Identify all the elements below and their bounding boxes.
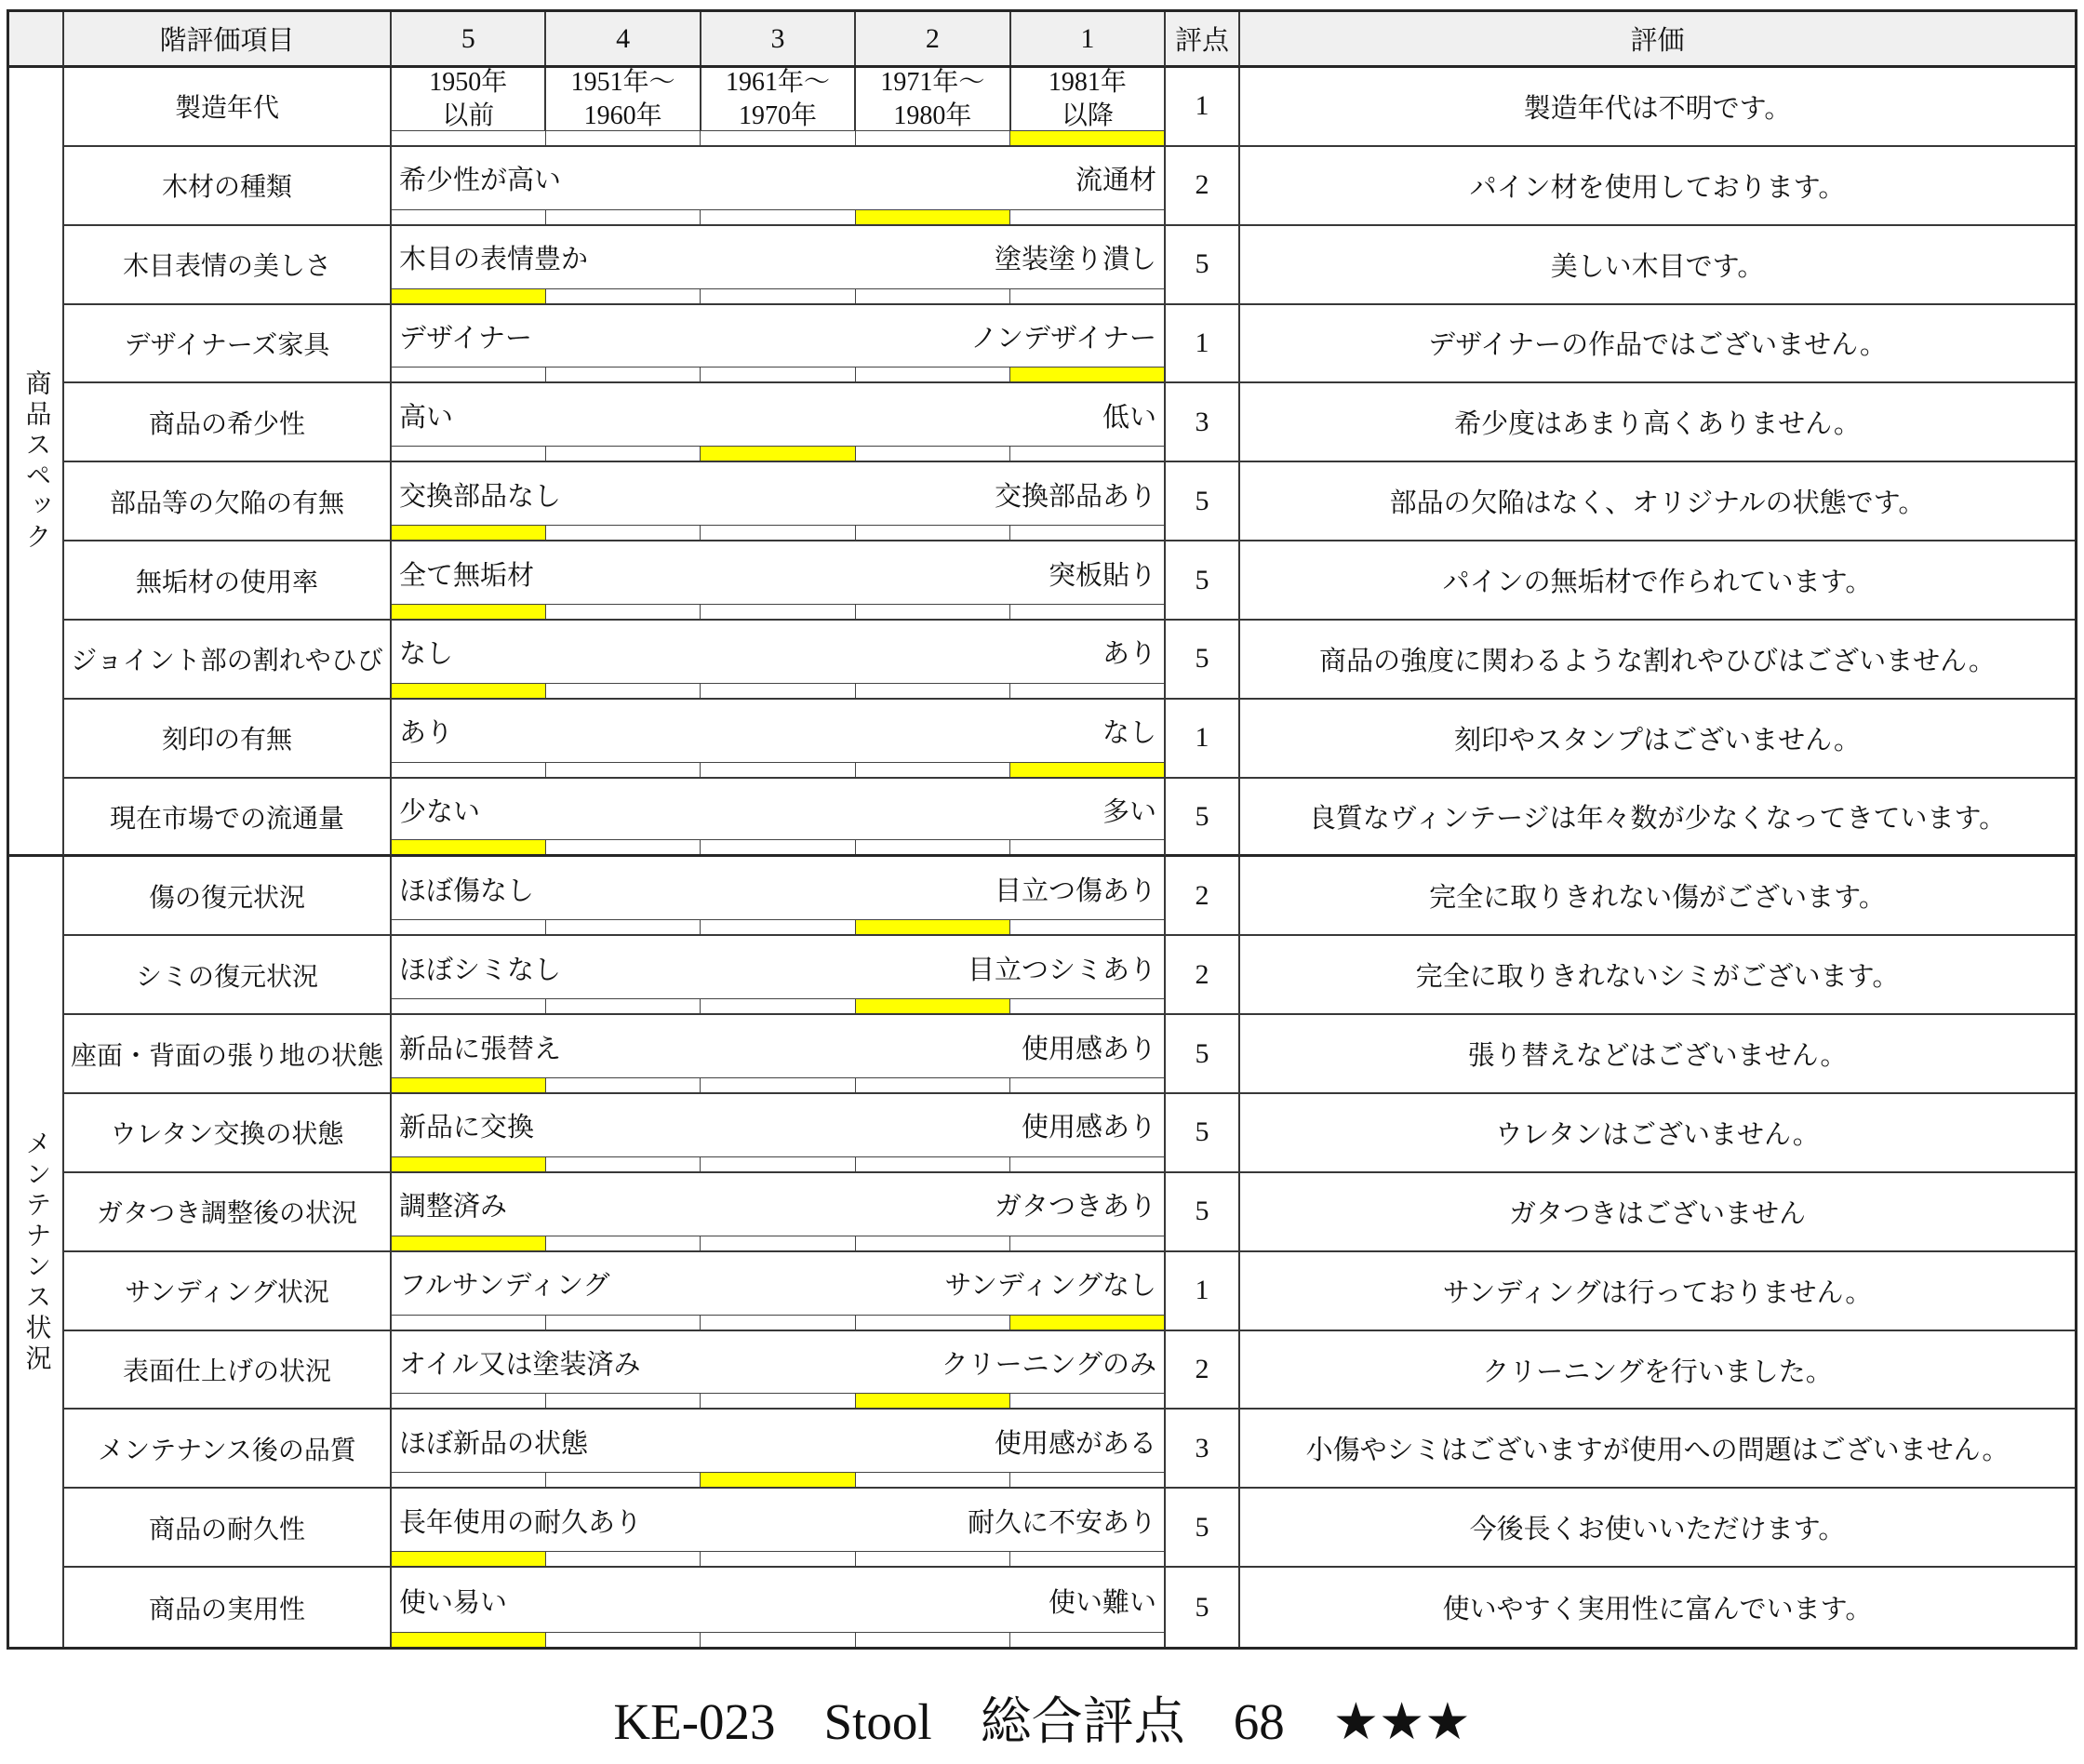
score-segment-3 (701, 840, 855, 854)
score-indicator-strip (392, 1077, 1164, 1092)
score-indicator-strip (392, 1551, 1164, 1566)
score-segment-2 (856, 920, 1010, 934)
scale-labels: なし あり (392, 621, 1164, 684)
score-segment-3 (701, 367, 855, 381)
score-segment-3 (701, 999, 855, 1013)
score-segment-4 (546, 1078, 701, 1092)
row-comment: パインの無垢材で作られています。 (1240, 541, 2075, 621)
score-segment-4 (546, 131, 701, 145)
row-score: 5 (1166, 541, 1240, 621)
row-scale: 新品に交換 使用感あり (392, 1094, 1166, 1173)
score-segment-3 (701, 526, 855, 540)
row-score: 2 (1166, 857, 1240, 936)
row-item-label: 木材の種類 (64, 147, 392, 226)
score-segment-2 (856, 1157, 1010, 1171)
row-score: 5 (1166, 1568, 1240, 1647)
year-cell: 1981年 以降 (1011, 68, 1164, 131)
score-segment-3 (701, 605, 855, 619)
scale-labels: ほぼ傷なし 目立つ傷あり (392, 857, 1164, 920)
score-segment-3 (701, 447, 855, 461)
evaluation-table: 階評価項目 5 4 3 2 1 評点 評価 商品スペック 製造年代 1950年 … (7, 9, 2077, 1650)
row-score: 1 (1166, 68, 1240, 147)
score-segment-4 (546, 210, 701, 224)
scale-right-label: 使用感がある (995, 1423, 1156, 1461)
score-segment-1 (1010, 367, 1164, 381)
score-segment-5 (392, 999, 546, 1013)
scale-left-label: 使い易い (399, 1582, 507, 1620)
score-indicator-strip (392, 1315, 1164, 1330)
score-segment-1 (1010, 605, 1164, 619)
score-segment-5 (392, 1078, 546, 1092)
row-score: 5 (1166, 621, 1240, 700)
header-scale-2: 2 (856, 12, 1010, 65)
score-segment-2 (856, 210, 1010, 224)
row-score: 5 (1166, 1094, 1240, 1173)
scale-labels: オイル又は塗装済み クリーニングのみ (392, 1331, 1164, 1395)
score-segment-1 (1010, 526, 1164, 540)
score-segment-5 (392, 526, 546, 540)
scale-right-label: 交換部品あり (995, 475, 1156, 514)
row-score: 1 (1166, 305, 1240, 384)
scale-labels: 交換部品なし 交換部品あり (392, 462, 1164, 526)
row-scale: ほぼシミなし 目立つシミあり (392, 936, 1166, 1015)
row-scale: 少ない 多い (392, 779, 1166, 858)
score-segment-3 (701, 210, 855, 224)
row-item-label: 商品の希少性 (64, 383, 392, 462)
row-item-label: 表面仕上げの状況 (64, 1331, 392, 1410)
scale-labels: 新品に張替え 使用感あり (392, 1015, 1164, 1078)
row-item-label: 座面・背面の張り地の状態 (64, 1015, 392, 1094)
score-segment-2 (856, 526, 1010, 540)
score-segment-2 (856, 763, 1010, 777)
group-label-text: 商品スペック (23, 369, 49, 554)
header-corner-cell (9, 12, 64, 68)
score-segment-3 (701, 684, 855, 698)
row-item-label: メンテナンス後の品質 (64, 1410, 392, 1489)
group-label-1: メンテナンス状況 (9, 857, 64, 1647)
score-segment-2 (856, 447, 1010, 461)
score-segment-2 (856, 1316, 1010, 1330)
score-indicator-strip (392, 367, 1164, 381)
scale-right-label: あり (1102, 633, 1156, 671)
row-comment: 使いやすく実用性に富んでいます。 (1240, 1568, 2075, 1647)
score-segment-5 (392, 1394, 546, 1408)
row-item-label: ガタつき調整後の状況 (64, 1173, 392, 1252)
scale-left-label: 新品に交換 (399, 1106, 534, 1144)
total-score-value: 68 (1234, 1693, 1285, 1750)
header-item-column: 階評価項目 (64, 12, 392, 68)
header-scale-4: 4 (546, 12, 701, 65)
score-indicator-strip (392, 839, 1164, 854)
score-segment-1 (1010, 840, 1164, 854)
score-segment-2 (856, 605, 1010, 619)
score-segment-3 (701, 1236, 855, 1250)
score-segment-5 (392, 840, 546, 854)
score-segment-1 (1010, 447, 1164, 461)
total-score-label: 総合評点 (981, 1693, 1185, 1750)
score-segment-2 (856, 840, 1010, 854)
row-scale: 高い 低い (392, 383, 1166, 462)
score-segment-4 (546, 447, 701, 461)
score-segment-1 (1010, 1157, 1164, 1171)
score-segment-5 (392, 920, 546, 934)
score-segment-3 (701, 1633, 855, 1647)
scale-left-label: 希少性が高い (399, 159, 561, 197)
scale-year-cells: 1950年 以前 1951年〜 1960年 1961年〜 1970年 1971年… (392, 68, 1164, 131)
header-scale-5: 5 (392, 12, 546, 65)
row-comment: 今後長くお使いいただけます。 (1240, 1489, 2075, 1568)
row-item-label: 製造年代 (64, 68, 392, 147)
row-item-label: 無垢材の使用率 (64, 541, 392, 621)
score-segment-1 (1010, 763, 1164, 777)
score-indicator-strip (392, 919, 1164, 934)
row-scale: 木目の表情豊か 塗装塗り潰し (392, 226, 1166, 305)
product-id: KE-023 (613, 1693, 775, 1750)
row-item-label: 傷の復元状況 (64, 857, 392, 936)
row-scale: ほぼ傷なし 目立つ傷あり (392, 857, 1166, 936)
score-segment-4 (546, 840, 701, 854)
scale-left-label: 長年使用の耐久あり (399, 1502, 642, 1540)
scale-left-label: 新品に張替え (399, 1028, 561, 1066)
row-scale: あり なし (392, 700, 1166, 779)
score-segment-2 (856, 684, 1010, 698)
row-scale: 使い易い 使い難い (392, 1568, 1166, 1647)
year-cell: 1971年〜 1980年 (856, 68, 1010, 131)
row-comment: パイン材を使用しております。 (1240, 147, 2075, 226)
row-comment: 完全に取りきれないシミがございます。 (1240, 936, 2075, 1015)
score-segment-2 (856, 1552, 1010, 1566)
score-segment-4 (546, 605, 701, 619)
score-segment-5 (392, 1236, 546, 1250)
row-score: 5 (1166, 1015, 1240, 1094)
row-comment: 刻印やスタンプはございません。 (1240, 700, 2075, 779)
year-cell: 1961年〜 1970年 (701, 68, 856, 131)
score-segment-5 (392, 1633, 546, 1647)
row-item-label: 現在市場での流通量 (64, 779, 392, 858)
score-segment-4 (546, 1157, 701, 1171)
row-comment: 部品の欠陥はなく、オリジナルの状態です。 (1240, 462, 2075, 541)
score-segment-2 (856, 1473, 1010, 1487)
row-comment: 商品の強度に関わるような割れやひびはございません。 (1240, 621, 2075, 700)
score-segment-5 (392, 605, 546, 619)
score-segment-2 (856, 1236, 1010, 1250)
score-indicator-strip (392, 446, 1164, 461)
score-segment-4 (546, 684, 701, 698)
score-segment-5 (392, 763, 546, 777)
group-label-0: 商品スペック (9, 68, 64, 857)
score-segment-5 (392, 684, 546, 698)
header-eval-column: 評価 (1240, 12, 2075, 68)
row-score: 2 (1166, 1331, 1240, 1410)
scale-left-label: ほぼシミなし (399, 949, 561, 987)
score-segment-1 (1010, 289, 1164, 303)
score-segment-2 (856, 1633, 1010, 1647)
row-scale: 希少性が高い 流通材 (392, 147, 1166, 226)
score-segment-5 (392, 131, 546, 145)
score-segment-4 (546, 999, 701, 1013)
scale-labels: 新品に交換 使用感あり (392, 1094, 1164, 1157)
header-scale-columns: 5 4 3 2 1 (392, 12, 1166, 68)
row-score: 3 (1166, 1410, 1240, 1489)
product-name: Stool (824, 1693, 932, 1750)
scale-left-label: ほぼ新品の状態 (399, 1423, 588, 1461)
row-scale: なし あり (392, 621, 1166, 700)
scale-right-label: 多い (1102, 791, 1156, 829)
scale-right-label: 目立つシミあり (968, 949, 1156, 987)
row-item-label: 商品の実用性 (64, 1568, 392, 1647)
score-segment-1 (1010, 1552, 1164, 1566)
row-scale: デザイナー ノンデザイナー (392, 305, 1166, 384)
row-item-label: シミの復元状況 (64, 936, 392, 1015)
scale-right-label: 使い難い (1049, 1582, 1156, 1620)
score-segment-3 (701, 1473, 855, 1487)
scale-right-label: 塗装塗り潰し (995, 238, 1156, 276)
year-cell: 1950年 以前 (392, 68, 546, 131)
scale-labels: 長年使用の耐久あり 耐久に不安あり (392, 1489, 1164, 1552)
score-segment-1 (1010, 1078, 1164, 1092)
score-segment-3 (701, 920, 855, 934)
scale-labels: 全て無垢材 突板貼り (392, 541, 1164, 605)
score-segment-2 (856, 999, 1010, 1013)
row-scale: 長年使用の耐久あり 耐久に不安あり (392, 1489, 1166, 1568)
scale-left-label: 全て無垢材 (399, 555, 534, 593)
score-segment-4 (546, 1552, 701, 1566)
row-scale: 新品に張替え 使用感あり (392, 1015, 1166, 1094)
score-segment-1 (1010, 1473, 1164, 1487)
score-segment-4 (546, 1633, 701, 1647)
score-indicator-strip (392, 1472, 1164, 1487)
row-score: 3 (1166, 383, 1240, 462)
row-comment: 張り替えなどはございません。 (1240, 1015, 2075, 1094)
row-comment: 製造年代は不明です。 (1240, 68, 2075, 147)
score-segment-1 (1010, 999, 1164, 1013)
scale-labels: あり なし (392, 700, 1164, 763)
row-item-label: デザイナーズ家具 (64, 305, 392, 384)
score-segment-3 (701, 1078, 855, 1092)
row-item-label: 商品の耐久性 (64, 1489, 392, 1568)
scale-right-label: 目立つ傷あり (995, 870, 1156, 908)
row-score: 5 (1166, 1173, 1240, 1252)
score-indicator-strip (392, 604, 1164, 619)
scale-left-label: 木目の表情豊か (399, 238, 588, 276)
scale-right-label: クリーニングのみ (942, 1343, 1156, 1382)
row-comment: デザイナーの作品ではございません。 (1240, 305, 2075, 384)
scale-left-label: 少ない (399, 791, 480, 829)
score-segment-4 (546, 1236, 701, 1250)
scale-right-label: サンディングなし (944, 1264, 1156, 1303)
score-segment-4 (546, 920, 701, 934)
scale-left-label: 交換部品なし (399, 475, 561, 514)
score-segment-2 (856, 131, 1010, 145)
score-segment-1 (1010, 684, 1164, 698)
row-comment: 希少度はあまり高くありません。 (1240, 383, 2075, 462)
row-score: 2 (1166, 147, 1240, 226)
row-item-label: 刻印の有無 (64, 700, 392, 779)
score-indicator-strip (392, 130, 1164, 145)
score-indicator-strip (392, 683, 1164, 698)
score-segment-2 (856, 1394, 1010, 1408)
row-comment: サンディングは行っておりません。 (1240, 1252, 2075, 1331)
scale-right-label: なし (1102, 712, 1156, 750)
scale-left-label: 調整済み (399, 1185, 507, 1223)
score-segment-4 (546, 763, 701, 777)
scale-right-label: 低い (1102, 396, 1156, 434)
score-segment-1 (1010, 210, 1164, 224)
scale-left-label: デザイナー (399, 317, 532, 355)
header-scale-3: 3 (701, 12, 856, 65)
scale-labels: 使い易い 使い難い (392, 1568, 1164, 1633)
score-segment-4 (546, 367, 701, 381)
score-segment-5 (392, 1473, 546, 1487)
score-indicator-strip (392, 762, 1164, 777)
score-segment-4 (546, 526, 701, 540)
row-item-label: 部品等の欠陥の有無 (64, 462, 392, 541)
row-score: 5 (1166, 1489, 1240, 1568)
scale-labels: 少ない 多い (392, 779, 1164, 841)
row-scale: 調整済み ガタつきあり (392, 1173, 1166, 1252)
scale-left-label: 高い (399, 396, 453, 434)
score-segment-5 (392, 1316, 546, 1330)
score-indicator-strip (392, 1236, 1164, 1250)
row-scale: 全て無垢材 突板貼り (392, 541, 1166, 621)
score-segment-5 (392, 447, 546, 461)
row-comment: 小傷やシミはございますが使用への問題はございません。 (1240, 1410, 2075, 1489)
row-comment: 美しい木目です。 (1240, 226, 2075, 305)
row-comment: クリーニングを行いました。 (1240, 1331, 2075, 1410)
score-indicator-strip (392, 1156, 1164, 1171)
scale-right-label: 耐久に不安あり (968, 1502, 1156, 1540)
row-item-label: サンディング状況 (64, 1252, 392, 1331)
row-score: 5 (1166, 462, 1240, 541)
scale-labels: 高い 低い (392, 383, 1164, 447)
score-segment-5 (392, 367, 546, 381)
scale-labels: フルサンディング サンディングなし (392, 1252, 1164, 1316)
score-segment-4 (546, 1316, 701, 1330)
summary-line: KE-023Stool総合評点68★★★ (0, 1680, 2084, 1754)
year-cell: 1951年〜 1960年 (546, 68, 701, 131)
row-scale: ほぼ新品の状態 使用感がある (392, 1410, 1166, 1489)
row-score: 1 (1166, 700, 1240, 779)
score-indicator-strip (392, 1632, 1164, 1647)
scale-right-label: 突板貼り (1049, 555, 1156, 593)
score-segment-2 (856, 289, 1010, 303)
row-scale: 1950年 以前 1951年〜 1960年 1961年〜 1970年 1971年… (392, 68, 1166, 147)
score-indicator-strip (392, 209, 1164, 224)
score-segment-5 (392, 1157, 546, 1171)
score-segment-1 (1010, 920, 1164, 934)
score-segment-2 (856, 367, 1010, 381)
score-segment-5 (392, 1552, 546, 1566)
score-segment-1 (1010, 1394, 1164, 1408)
row-comment: 良質なヴィンテージは年々数が少なくなってきています。 (1240, 779, 2075, 858)
row-comment: 完全に取りきれない傷がございます。 (1240, 857, 2075, 936)
row-item-label: ウレタン交換の状態 (64, 1094, 392, 1173)
row-score: 1 (1166, 1252, 1240, 1331)
scale-right-label: ノンデザイナー (970, 317, 1156, 355)
scale-labels: ほぼシミなし 目立つシミあり (392, 936, 1164, 999)
scale-left-label: ほぼ傷なし (399, 870, 534, 908)
score-segment-3 (701, 1157, 855, 1171)
scale-right-label: 使用感あり (1022, 1106, 1156, 1144)
score-indicator-strip (392, 288, 1164, 303)
score-segment-3 (701, 1316, 855, 1330)
scale-left-label: フルサンディング (399, 1264, 610, 1303)
score-segment-1 (1010, 1236, 1164, 1250)
score-segment-3 (701, 1394, 855, 1408)
scale-left-label: オイル又は塗装済み (399, 1343, 641, 1382)
score-segment-1 (1010, 131, 1164, 145)
row-score: 5 (1166, 779, 1240, 858)
row-item-label: ジョイント部の割れやひび (64, 621, 392, 700)
star-rating: ★★★ (1333, 1693, 1471, 1750)
score-segment-4 (546, 1473, 701, 1487)
scale-left-label: なし (399, 633, 453, 671)
score-indicator-strip (392, 1393, 1164, 1408)
header-score-column: 評点 (1166, 12, 1240, 68)
score-segment-5 (392, 289, 546, 303)
row-comment: ウレタンはございません。 (1240, 1094, 2075, 1173)
scale-labels: 調整済み ガタつきあり (392, 1173, 1164, 1236)
score-segment-2 (856, 1078, 1010, 1092)
row-scale: オイル又は塗装済み クリーニングのみ (392, 1331, 1166, 1410)
row-score: 5 (1166, 226, 1240, 305)
score-indicator-strip (392, 525, 1164, 540)
scale-right-label: ガタつきあり (995, 1185, 1156, 1223)
score-segment-3 (701, 131, 855, 145)
score-segment-3 (701, 763, 855, 777)
scale-labels: 木目の表情豊か 塗装塗り潰し (392, 226, 1164, 289)
row-scale: フルサンディング サンディングなし (392, 1252, 1166, 1331)
row-comment: ガタつきはございません (1240, 1173, 2075, 1252)
scale-left-label: あり (399, 712, 453, 750)
scale-labels: ほぼ新品の状態 使用感がある (392, 1410, 1164, 1473)
row-score: 2 (1166, 936, 1240, 1015)
score-segment-4 (546, 289, 701, 303)
score-segment-3 (701, 1552, 855, 1566)
header-scale-1: 1 (1011, 12, 1164, 65)
scale-right-label: 使用感あり (1022, 1028, 1156, 1066)
scale-labels: デザイナー ノンデザイナー (392, 305, 1164, 368)
scale-labels: 希少性が高い 流通材 (392, 147, 1164, 210)
score-segment-4 (546, 1394, 701, 1408)
group-label-text: メンテナンス状況 (23, 1129, 49, 1375)
score-indicator-strip (392, 998, 1164, 1013)
row-item-label: 木目表情の美しさ (64, 226, 392, 305)
score-segment-5 (392, 210, 546, 224)
score-segment-1 (1010, 1633, 1164, 1647)
score-segment-3 (701, 289, 855, 303)
scale-right-label: 流通材 (1075, 159, 1156, 197)
score-segment-1 (1010, 1316, 1164, 1330)
row-scale: 交換部品なし 交換部品あり (392, 462, 1166, 541)
